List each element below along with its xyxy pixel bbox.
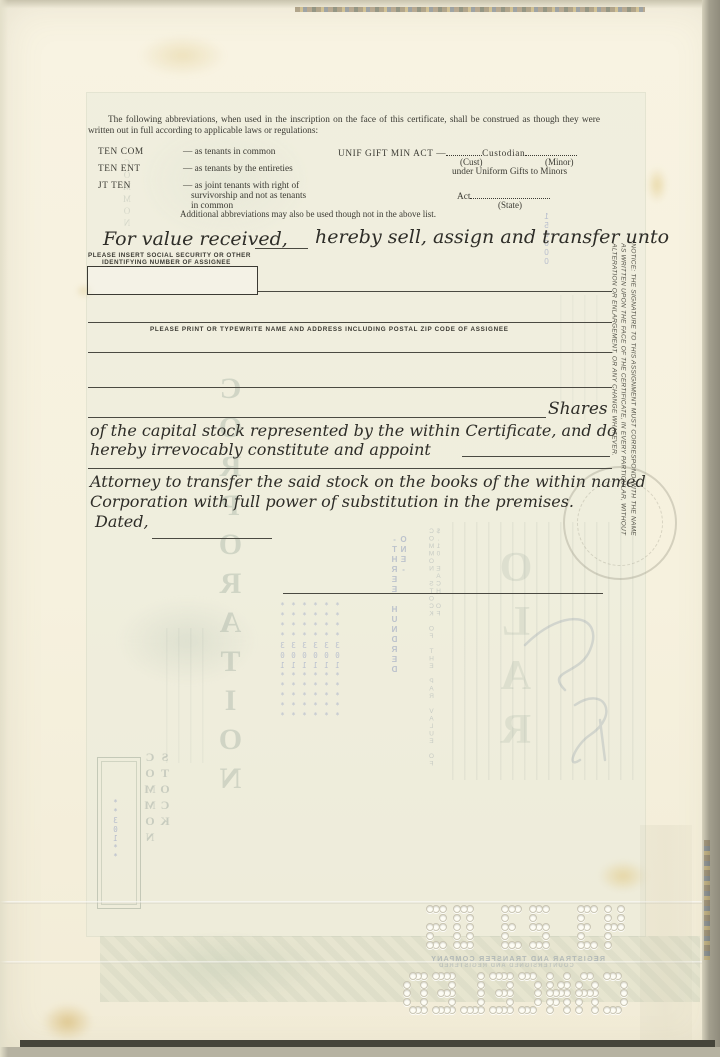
bleed-common-stock: COMMON STOCK — [143, 750, 173, 912]
assignee-name-line-1 — [258, 291, 612, 292]
ssn-instruction-line2: IDENTIFYING NUMBER OF ASSIGNEE — [102, 259, 231, 266]
bleed-par-value-line: COMMON STOCK OF THE PAR VALUE OF $.10 EA… — [428, 528, 442, 768]
bleed-fine-print-left — [166, 628, 214, 763]
crease-vertical-band — [640, 825, 692, 1045]
capital-stock-text: of the capital stock represented by the … — [90, 421, 617, 440]
shares-amount-line — [88, 417, 546, 418]
ornament-bleed-bottom-left — [95, 922, 355, 1010]
blank-line-after-for-value — [255, 248, 308, 249]
unif-cust-label: (Cust) — [460, 157, 483, 167]
bleed-three-hundred-one: -THREE HUNDRED ONE- — [390, 535, 408, 707]
abbr-ten-com: TEN COM — [98, 147, 144, 157]
appoint-blank-line — [462, 456, 610, 457]
abbreviations-intro: The following abbreviations, when used i… — [88, 115, 600, 137]
stain-top — [125, 28, 240, 83]
bleed-share-box: **301** — [97, 757, 141, 909]
certificate-back-scan: CORPORATION OLAR COMMON STOCK COMMON -TH… — [0, 0, 720, 1057]
abbr-ten-ent: TEN ENT — [98, 164, 141, 174]
full-power-text: Corporation with full power of substitut… — [90, 492, 574, 511]
abbr-jt-ten-def: — as joint tenants with right of survivo… — [183, 181, 306, 211]
abbr-jt-ten: JT TEN — [98, 181, 131, 191]
unif-state-label: (State) — [498, 200, 522, 210]
bleed-signature-squiggle — [505, 585, 635, 775]
scan-edge-left — [0, 0, 8, 1057]
for-value-received-text: For value received, — [103, 228, 288, 250]
stain-bottom-left — [35, 998, 100, 1046]
attorney-name-line — [88, 468, 612, 469]
stain-right-upper — [644, 162, 670, 208]
print-typewrite-instruction: PLEASE PRINT OR TYPEWRITE NAME AND ADDRE… — [150, 326, 509, 333]
scan-noise-strip-right — [704, 840, 710, 960]
assignee-address-line-2 — [88, 387, 612, 388]
asterisk-cluster: ****301*********301*********301*********… — [276, 585, 342, 726]
assignee-address-line-1 — [88, 352, 612, 353]
abbr-ten-com-def: — as tenants in common — [183, 147, 275, 157]
crease-horizontal-2 — [0, 961, 720, 964]
unif-gift-row: UNIF GIFT MIN ACT —Custodian — [338, 147, 577, 159]
unif-minor-label: (Minor) — [545, 157, 574, 167]
scan-edge-bottom-light — [0, 1047, 720, 1057]
scan-noise-strip-top — [295, 7, 645, 12]
punch-row-date — [415, 905, 625, 951]
ssn-instruction-line1: PLEASE INSERT SOCIAL SECURITY OR OTHER — [88, 252, 251, 259]
crease-horizontal-1 — [0, 901, 720, 904]
signature-notice-rotated: NOTICE: THE SIGNATURE TO THIS ASSIGNMENT… — [609, 243, 638, 575]
signature-line — [283, 593, 603, 594]
bleed-box-number: **301** — [111, 798, 120, 868]
shares-word: Shares — [548, 399, 608, 419]
abbr-ten-ent-def: — as tenants by the entireties — [183, 164, 293, 174]
punch-row-canceled — [408, 972, 628, 1016]
assignee-name-line-2 — [88, 322, 612, 323]
attorney-transfer-text: Attorney to transfer the said stock on t… — [90, 472, 646, 491]
unif-under-label: under Uniform Gifts to Minors — [452, 167, 567, 177]
constitute-appoint-text: hereby irrevocably constitute and appoin… — [90, 440, 431, 459]
ssn-entry-box — [87, 266, 258, 295]
additional-abbreviations-note: Additional abbreviations may also be use… — [180, 209, 436, 219]
dated-label: Dated, — [95, 512, 149, 531]
dated-blank-line — [152, 538, 272, 539]
